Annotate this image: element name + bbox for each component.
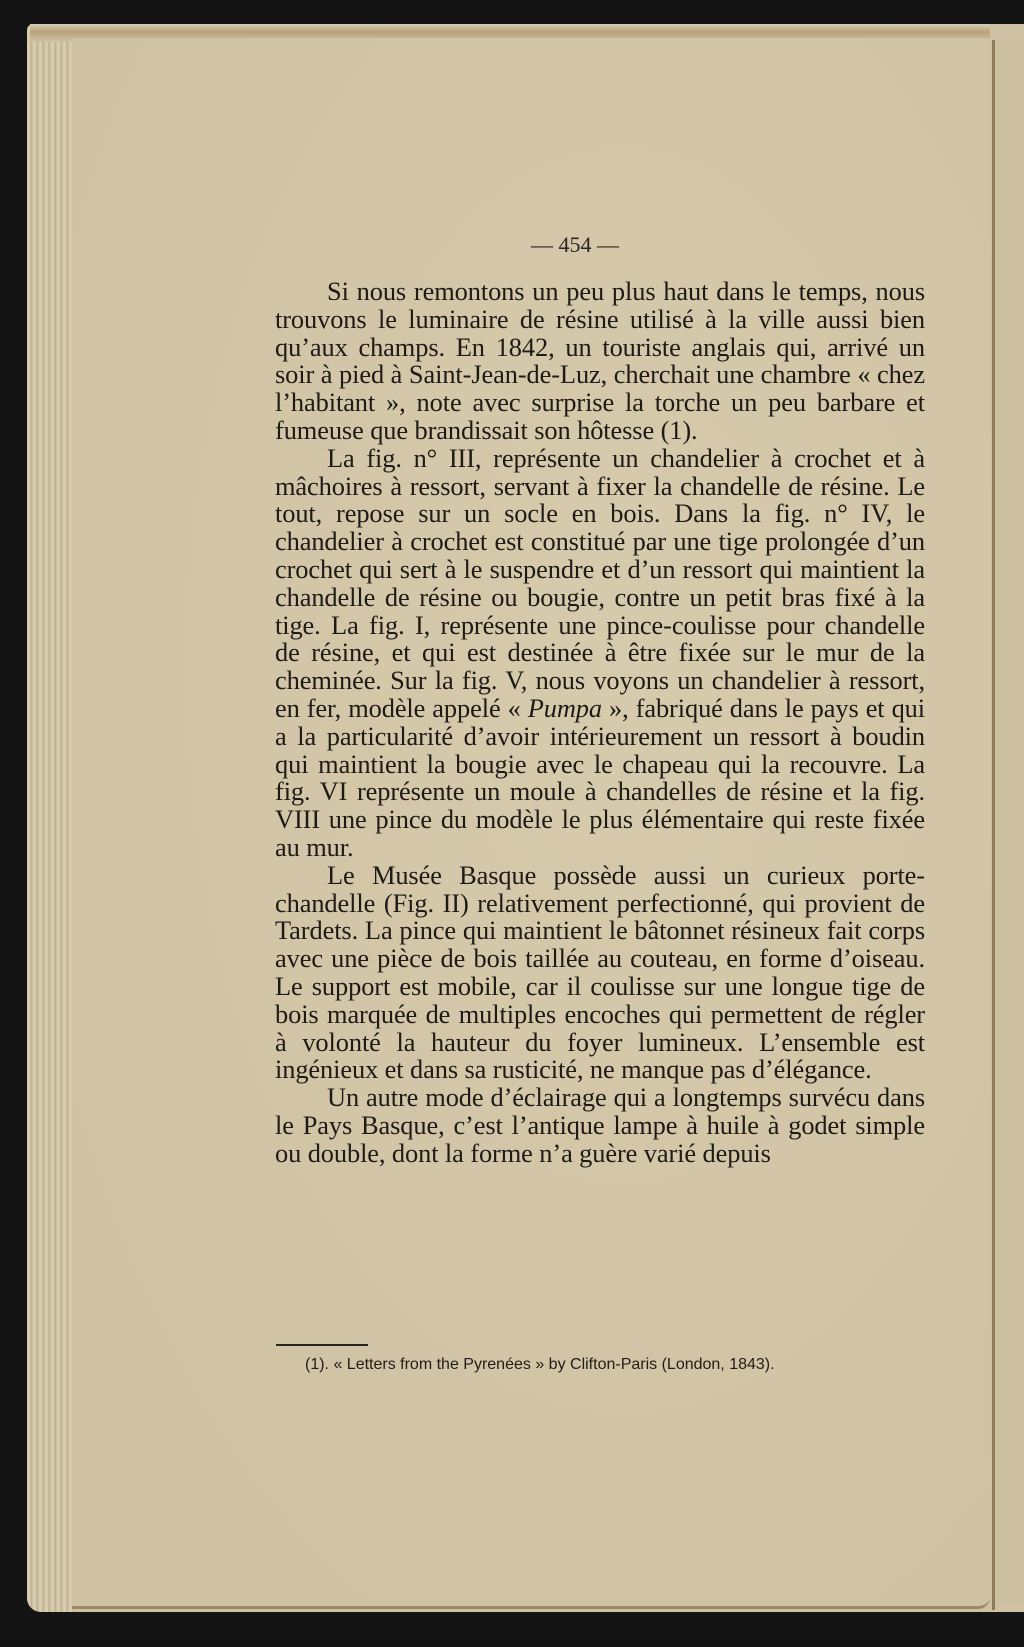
pumpa-term: Pumpa [528, 693, 602, 723]
footnote: (1). « Letters from the Pyrenées » by Cl… [305, 1356, 905, 1374]
paragraph-3: Le Musée Basque possède aussi un curieux… [275, 862, 925, 1084]
page-edges [27, 26, 75, 1612]
paragraph-2-head: La fig. n° III, représente un chandelier… [275, 443, 925, 723]
next-page-edge [995, 40, 1024, 1605]
body-text: Si nous remontons un peu plus haut dans … [275, 278, 925, 1168]
paragraph-2: La fig. n° III, représente un chandelier… [275, 445, 925, 862]
page-number: — 454 — [0, 232, 1024, 258]
paragraph-1: Si nous remontons un peu plus haut dans … [275, 278, 925, 445]
footnote-rule [276, 1344, 368, 1346]
paragraph-4: Un autre mode d’éclairage qui a longtemp… [275, 1084, 925, 1167]
